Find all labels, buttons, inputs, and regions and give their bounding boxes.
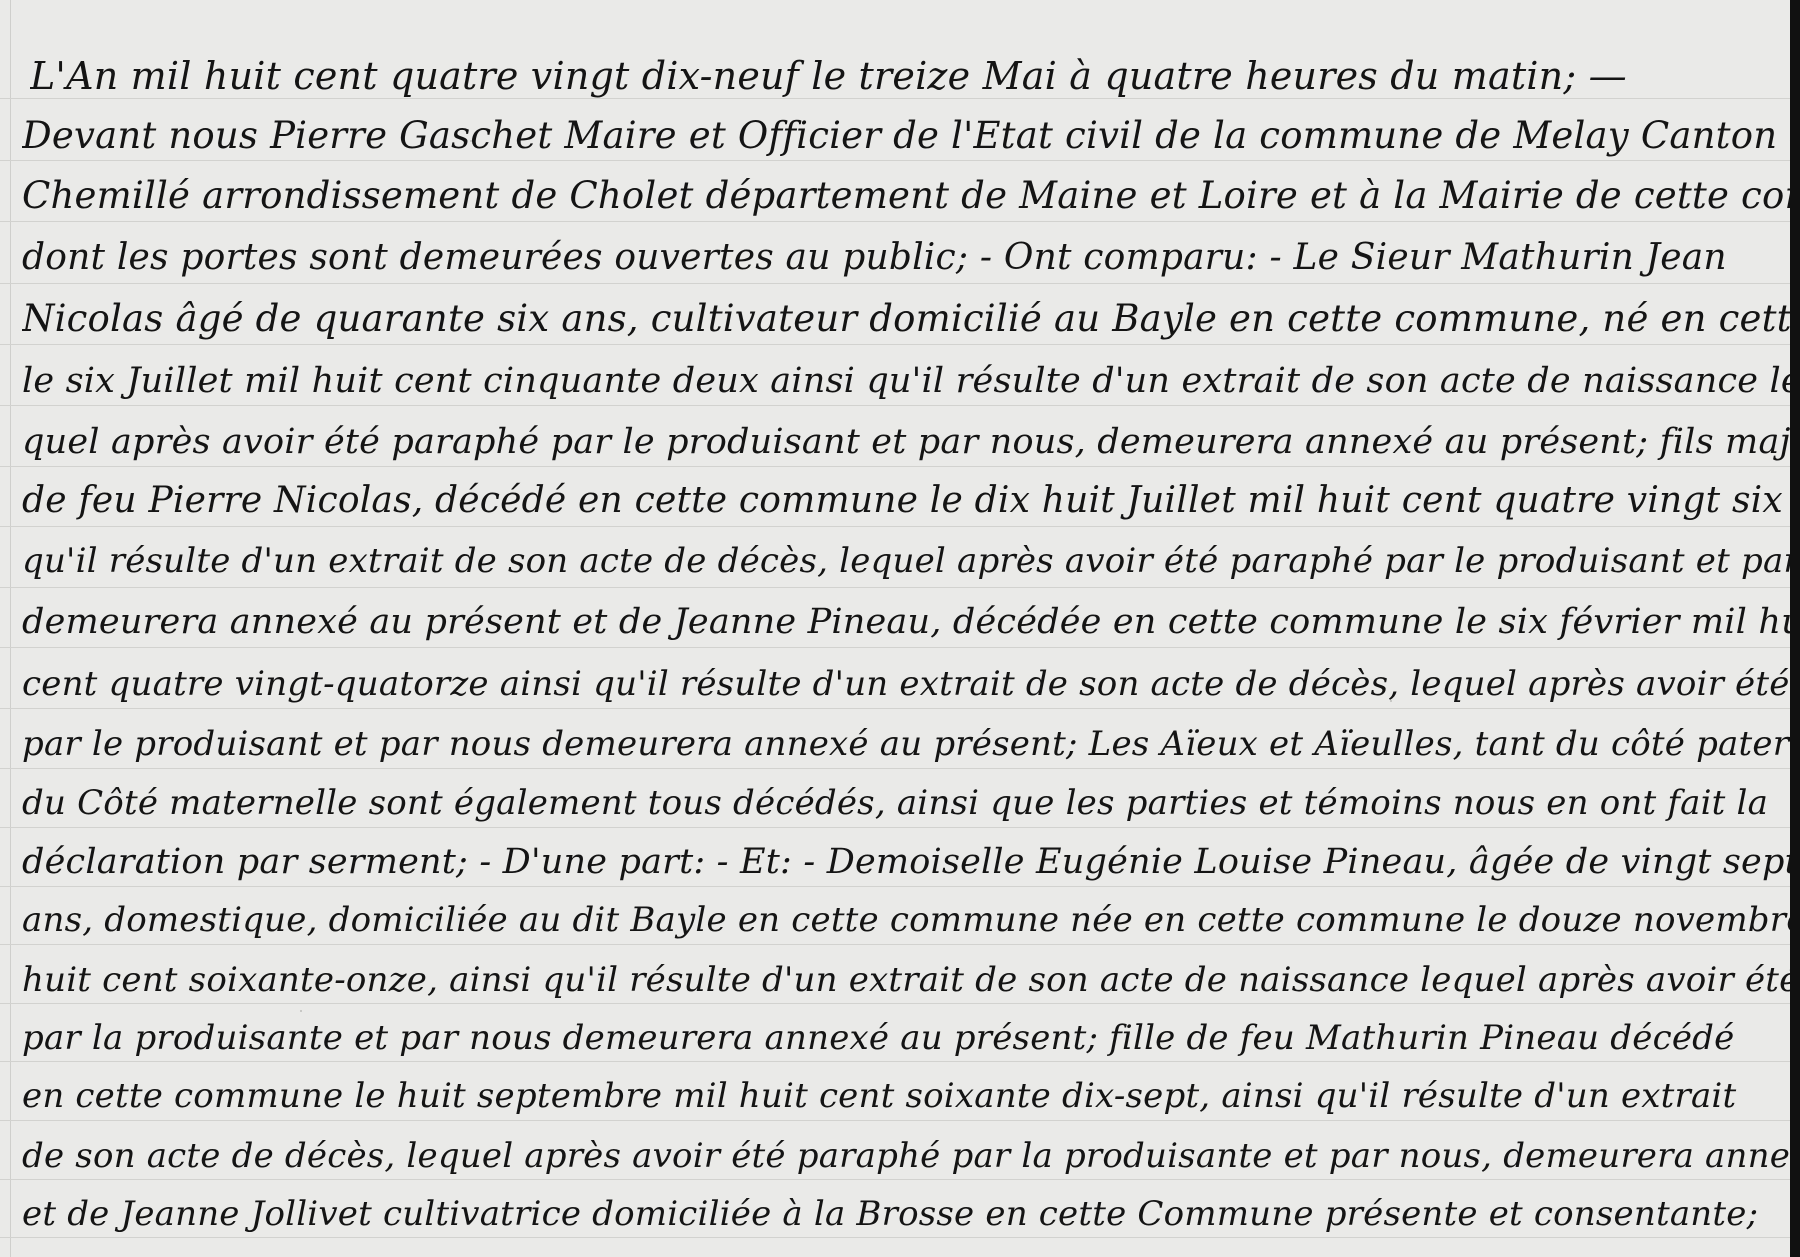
ruled-line [0, 587, 1790, 588]
record-line: qu'il résulte d'un extrait de son acte d… [22, 537, 1792, 585]
record-line: cent quatre vingt-quatorze ainsi qu'il r… [22, 660, 1792, 708]
record-line: par le produisant et par nous demeurera … [22, 720, 1792, 768]
record-line: le six Juillet mil huit cent cinquante d… [22, 357, 1792, 405]
record-line: par la produisante et par nous demeurera… [22, 1014, 1792, 1062]
ruled-line [0, 708, 1790, 709]
page-margin-rule [10, 0, 11, 1257]
record-line: demeurera annexé au présent et de Jeanne… [22, 598, 1792, 646]
ruled-line [0, 647, 1790, 648]
ruled-line [0, 405, 1790, 406]
record-line: de feu Pierre Nicolas, décédé en cette c… [22, 477, 1792, 525]
paper-speck [300, 1010, 302, 1012]
record-line: de son acte de décès, lequel après avoir… [22, 1132, 1792, 1180]
record-line: huit cent soixante-onze, ainsi qu'il rés… [22, 956, 1792, 1004]
ruled-line [0, 526, 1790, 527]
record-line: Chemillé arrondissement de Cholet départ… [22, 172, 1792, 220]
record-line: Devant nous Pierre Gaschet Maire et Offi… [22, 112, 1792, 160]
scanned-register-page: L'An mil huit cent quatre vingt dix-neuf… [0, 0, 1800, 1257]
record-line: en cette commune le huit septembre mil h… [22, 1072, 1792, 1120]
ruled-line [0, 886, 1790, 887]
ruled-line [0, 344, 1790, 345]
ruled-line [0, 160, 1790, 161]
record-line: quel après avoir été paraphé par le prod… [22, 418, 1792, 466]
ruled-line [0, 221, 1790, 222]
ruled-line [0, 283, 1790, 284]
record-line: Nicolas âgé de quarante six ans, cultiva… [22, 295, 1792, 343]
record-line: du Côté maternelle sont également tous d… [22, 779, 1792, 827]
ruled-line [0, 768, 1790, 769]
ruled-line [0, 827, 1790, 828]
record-line: déclaration par serment; - D'une part: -… [22, 838, 1792, 886]
record-line: ans, domestique, domiciliée au dit Bayle… [22, 896, 1792, 944]
ruled-line [0, 466, 1790, 467]
ruled-line [0, 1120, 1790, 1121]
scan-edge [1790, 0, 1800, 1257]
record-line: et de Jeanne Jollivet cultivatrice domic… [22, 1190, 1792, 1238]
record-line: dont les portes sont demeurées ouvertes … [22, 234, 1792, 282]
record-line: L'An mil huit cent quatre vingt dix-neuf… [30, 52, 1800, 100]
ruled-line [0, 944, 1790, 945]
